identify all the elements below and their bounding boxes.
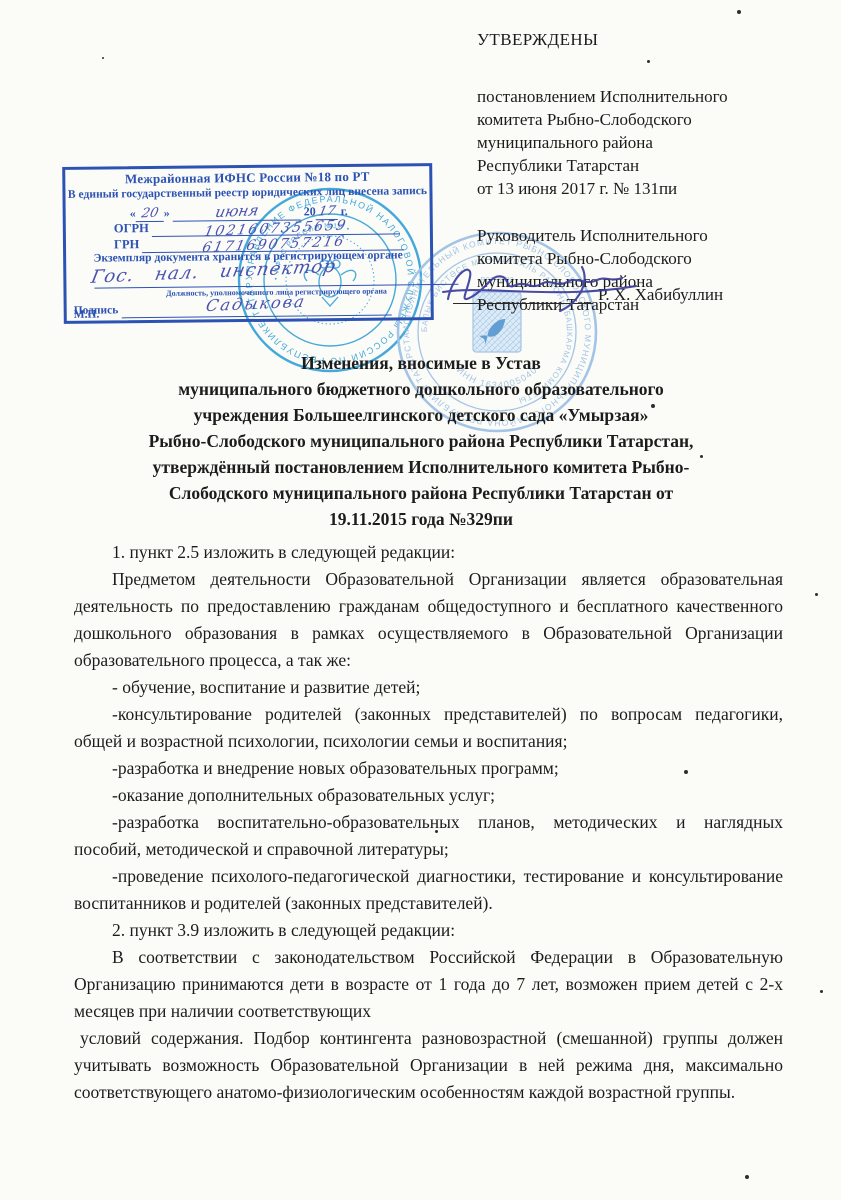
body-paragraph: В соответствии с законодательством Росси… [74,944,783,1025]
scan-speck [647,60,650,63]
title-line: Изменения, вносимые в Устав [66,350,776,376]
scan-speck [737,10,741,14]
scan-speck [684,770,688,774]
body-paragraph: -консультирование родителей (законных пр… [74,701,783,755]
approval-resolution-line: постановлением Исполнительного [477,85,817,108]
document-body: 1. пункт 2.5 изложить в следующей редакц… [74,539,783,1106]
quote-mark: » [164,206,170,220]
title-line: утверждённый постановлением Исполнительн… [66,454,776,480]
approval-resolution: постановлением Исполнительного комитета … [477,85,817,200]
stamp-year-suffix: г. [341,204,348,218]
stamp-signature-handwritten: Садыкова [204,292,308,316]
approval-resolution-line: от 13 июня 2017 г. № 131пи [477,177,817,200]
title-line: 19.11.2015 года №329пи [66,506,776,532]
body-paragraph: -разработка и внедрение новых образовате… [74,755,783,782]
stamp-grn-label: ГРН [114,237,139,251]
scan-speck [700,455,703,458]
approval-resolution-line: комитета Рыбно-Слободского [477,108,817,131]
title-line: муниципального бюджетного дошкольного об… [66,376,776,402]
approval-heading: УТВЕРЖДЕНЫ [477,28,817,51]
body-paragraph: 2. пункт 3.9 изложить в следующей редакц… [74,917,783,944]
approval-resolution-line: муниципального района [477,131,817,154]
stamp-signature-row: Подпись Садыкова [74,296,392,319]
body-paragraph: условий содержания. Подбор контингента р… [74,1025,783,1106]
head-signature-stroke [440,255,640,315]
title-line: Рыбно-Слободского муниципального района … [66,428,776,454]
scanned-document-page: УПРАВЛЕНИЕ ФЕДЕРАЛЬНОЙ НАЛОГОВОЙ СЛУЖБЫ … [0,0,841,1200]
scan-speck [820,990,823,993]
approval-resolution-line: Республики Татарстан [477,154,817,177]
body-paragraph: 1. пункт 2.5 изложить в следующей редакц… [74,539,783,566]
approval-signatory-line: Руководитель Исполнительного [477,224,817,247]
registration-stamp: Межрайонная ИФНС России №18 по РТ В един… [62,163,434,324]
stamp-record-line: В единый государственный реестр юридичес… [65,184,429,201]
scan-speck [435,830,438,833]
scan-speck [745,1175,749,1179]
body-paragraph: - обучение, воспитание и развитие детей; [74,674,783,701]
scan-speck [102,57,104,59]
body-paragraph: -оказание дополнительных образовательных… [74,782,783,809]
body-paragraph: -проведение психолого-педагогической диа… [74,863,783,917]
body-paragraph: Предметом деятельности Образовательной О… [74,566,783,674]
stamp-seal-mark: М.П. [74,309,100,321]
title-line: учреждения Большеелгинского детского сад… [66,402,776,428]
scan-speck [651,404,655,408]
scan-speck [815,593,818,596]
document-title: Изменения, вносимые в Устав муниципально… [66,350,776,532]
stamp-ogrn-label: ОГРН [114,221,149,235]
title-line: Слободского муниципального района Респуб… [66,480,776,506]
body-paragraph: -разработка воспитательно-образовательны… [74,809,783,863]
stamp-year-prefix: 20 [304,204,316,218]
